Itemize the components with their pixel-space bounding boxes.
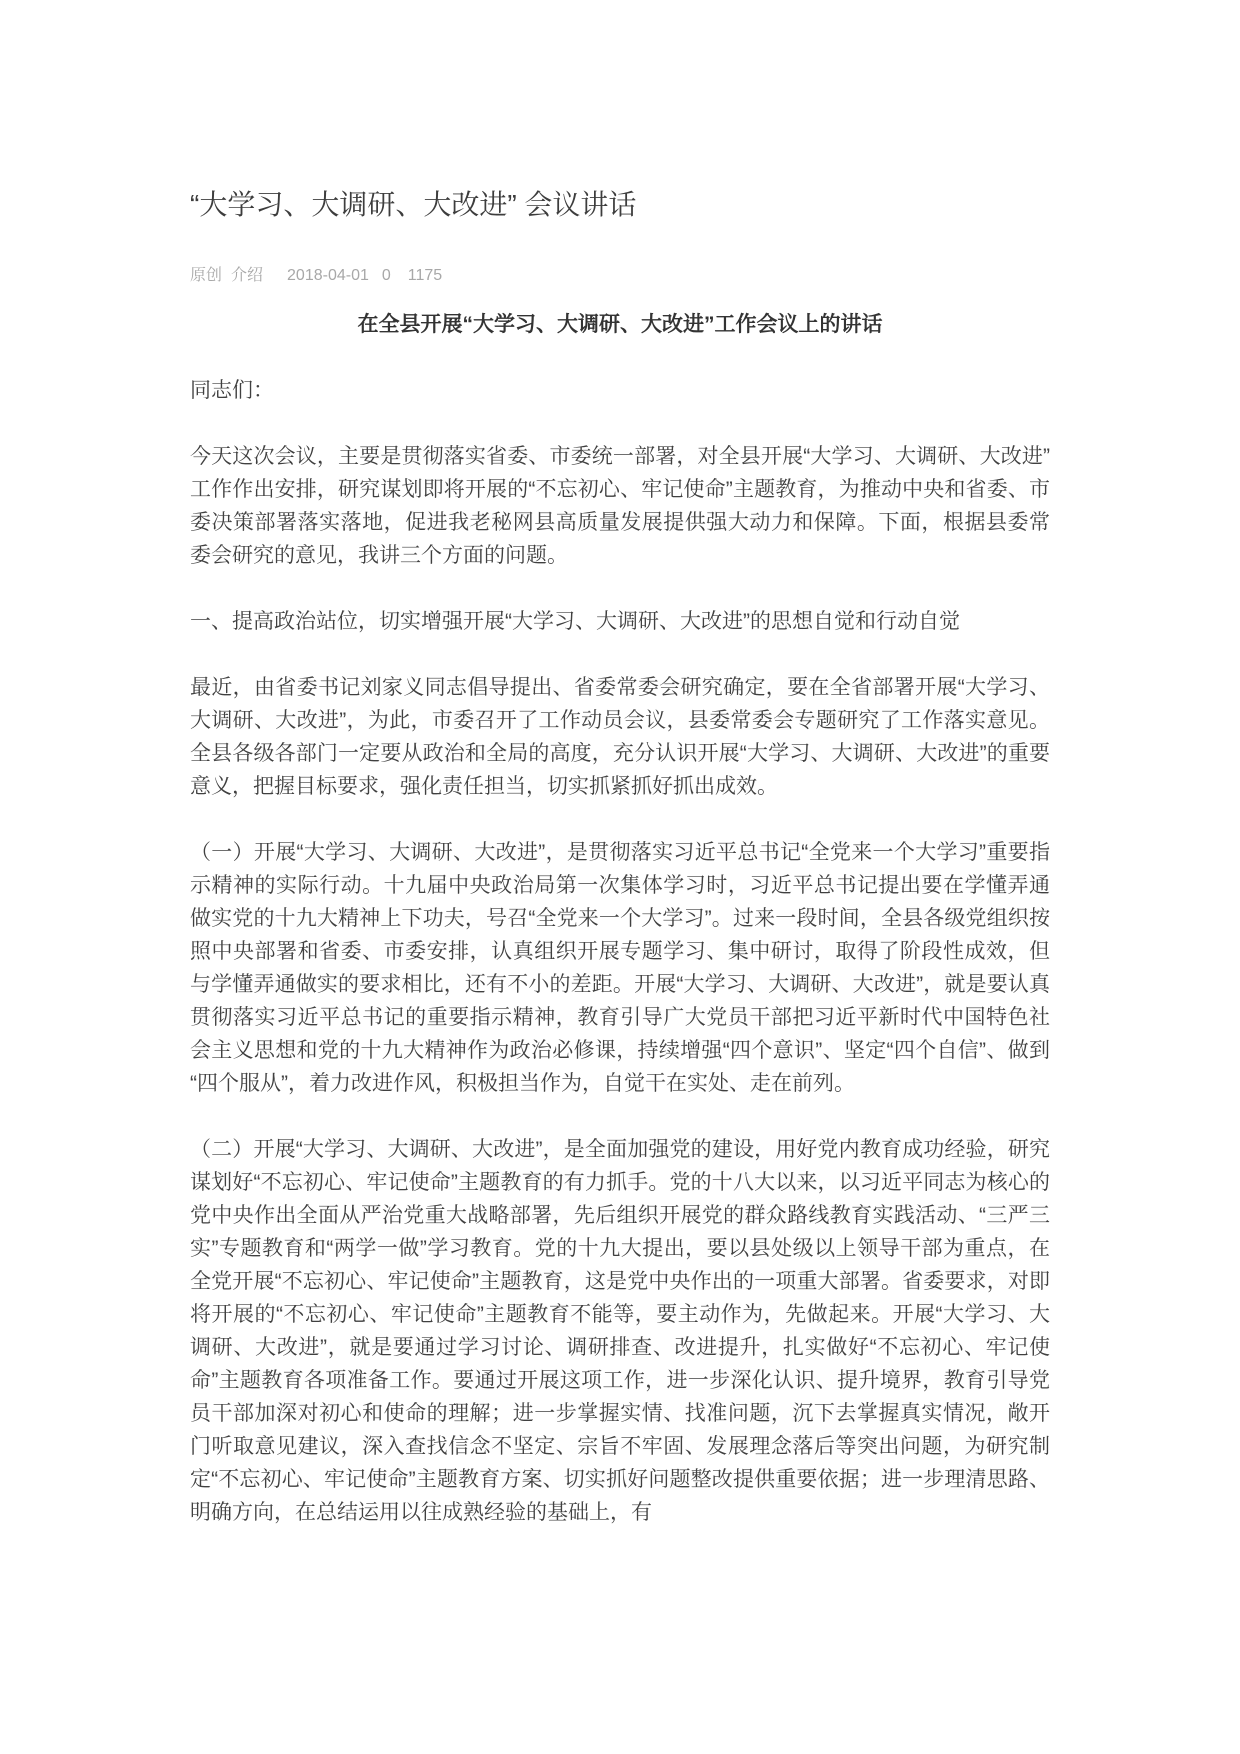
page-title: “大学习、大调研、大改进” 会议讲话 bbox=[190, 185, 1050, 225]
publish-date: 2018-04-01 bbox=[287, 268, 369, 284]
section-1-paragraph: 最近，由省委书记刘家义同志倡导提出、省委常委会研究确定，要在全省部署开展“大学习… bbox=[190, 671, 1050, 803]
original-badge: 原创 bbox=[190, 268, 222, 284]
document-page: { "article": { "title": "“大学习、大调研、大改进” 会… bbox=[0, 0, 1240, 1754]
comment-count: 0 bbox=[382, 268, 391, 284]
paragraph-intro: 今天这次会议，主要是贯彻落实省委、市委统一部署，对全县开展“大学习、大调研、大改… bbox=[190, 440, 1050, 572]
salutation: 同志们： bbox=[190, 374, 1050, 407]
section-1-heading: 一、提高政治站位，切实增强开展“大学习、大调研、大改进”的思想自觉和行动自觉 bbox=[190, 605, 1050, 638]
article-container: “大学习、大调研、大改进” 会议讲话 原创 介绍 2018-04-01 0 11… bbox=[190, 0, 1050, 1529]
document-title: 在全县开展“大学习、大调研、大改进”工作会议上的讲话 bbox=[190, 308, 1050, 341]
article-meta: 原创 介绍 2018-04-01 0 1175 bbox=[190, 268, 1050, 284]
category-label: 介绍 bbox=[231, 268, 263, 284]
point-2-paragraph: （二）开展“大学习、大调研、大改进”，是全面加强党的建设，用好党内教育成功经验，… bbox=[190, 1133, 1050, 1529]
point-1-paragraph: （一）开展“大学习、大调研、大改进”，是贯彻落实习近平总书记“全党来一个大学习”… bbox=[190, 836, 1050, 1100]
view-count: 1175 bbox=[408, 268, 442, 284]
